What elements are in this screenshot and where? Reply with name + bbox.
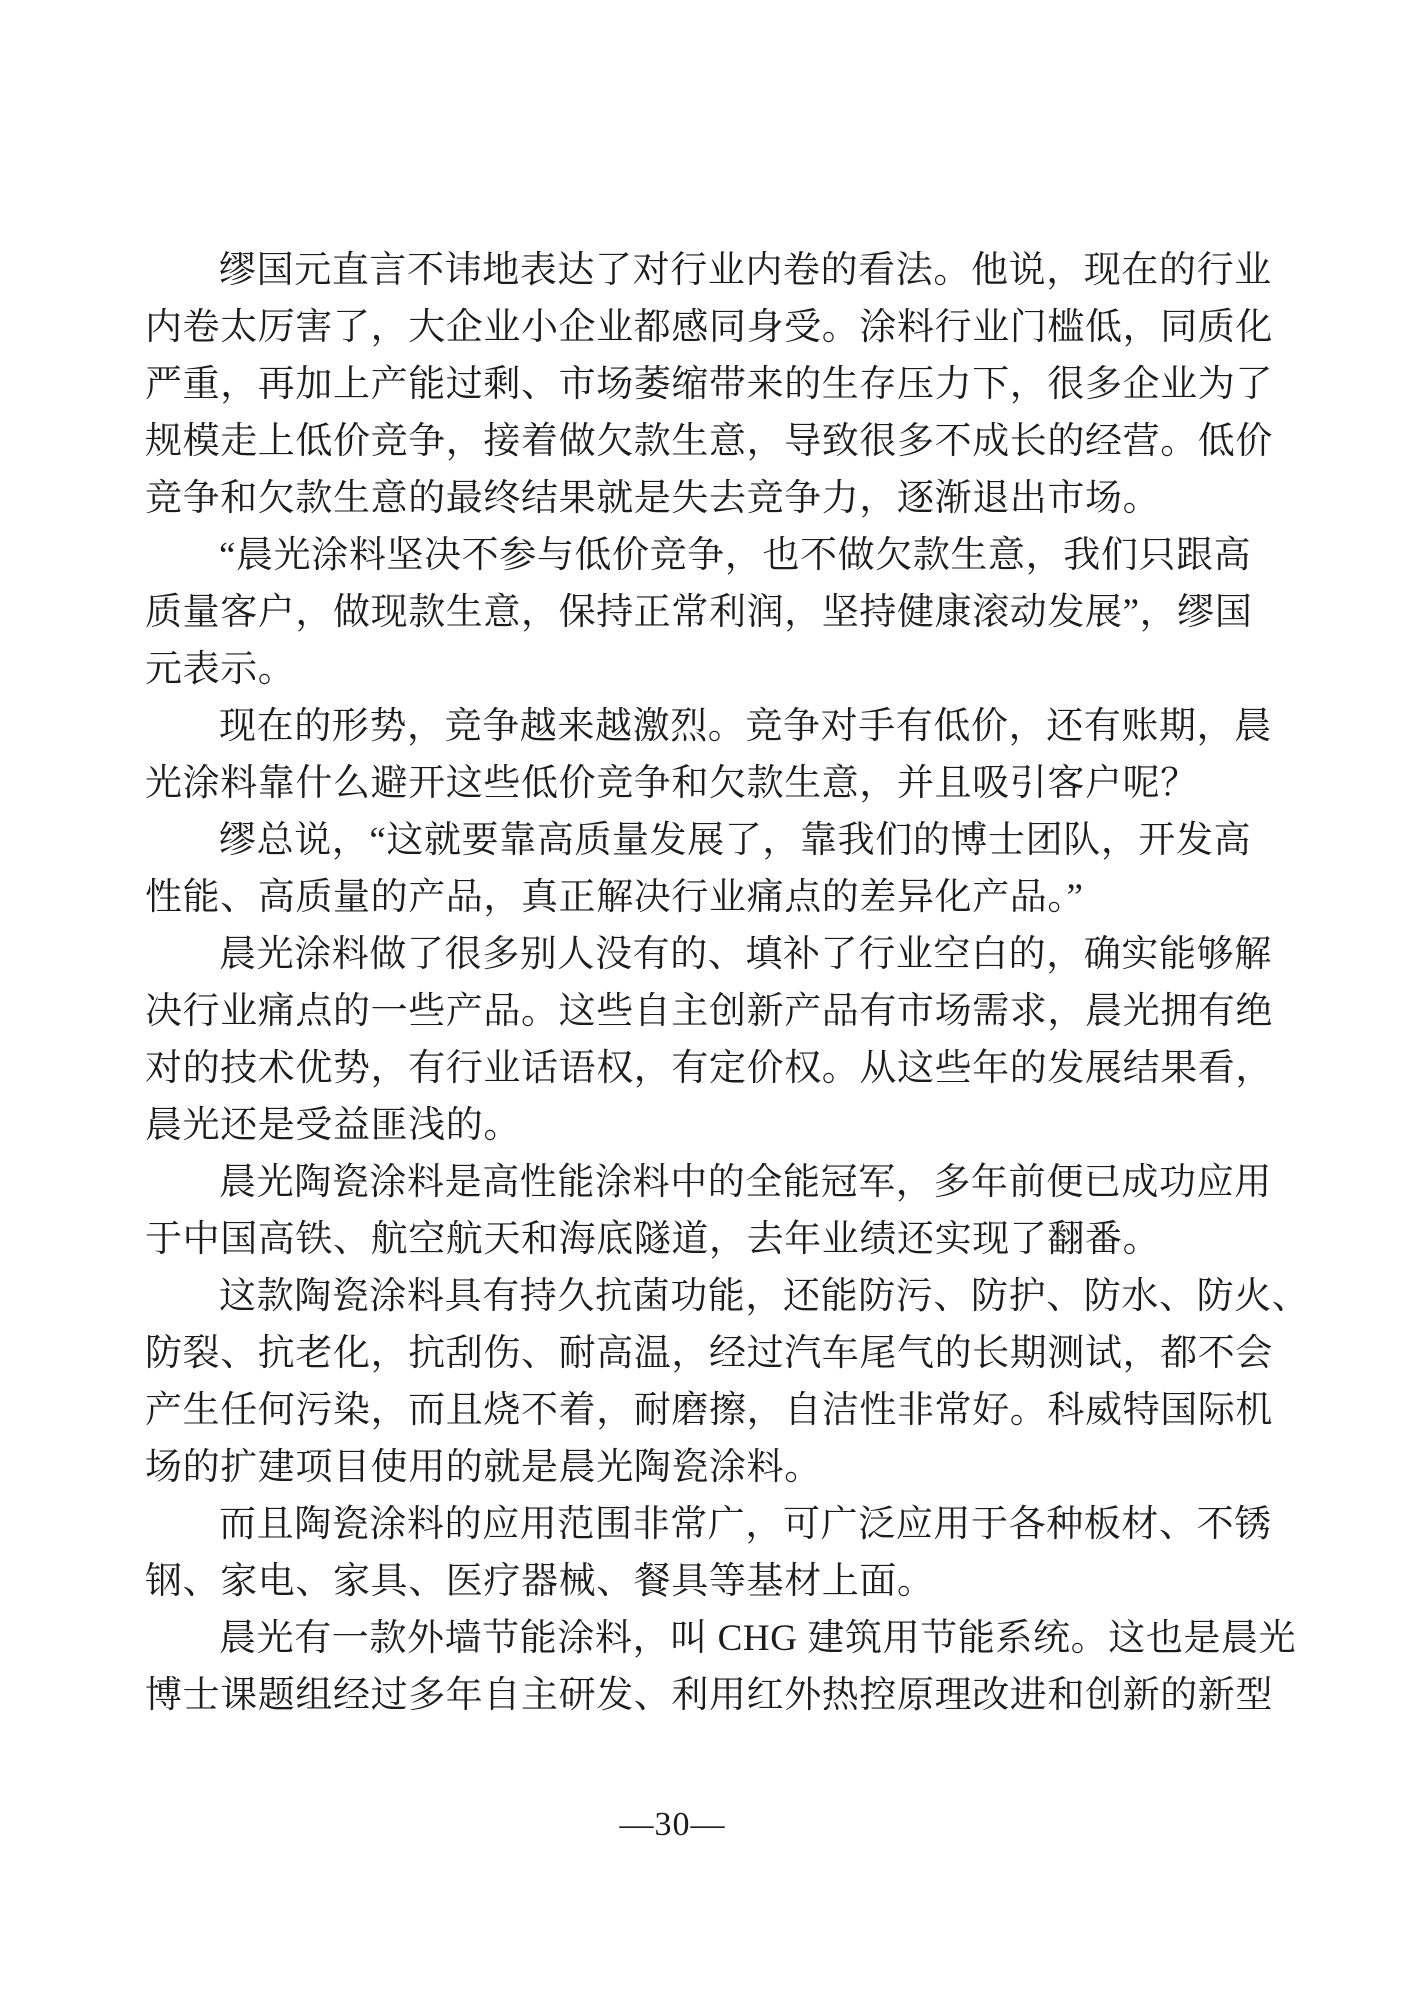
text-line: 竞争和欠款生意的最终结果就是失去竞争力，逐渐退出市场。 [145, 470, 1280, 527]
text-line: 规模走上低价竞争，接着做欠款生意，导致很多不成长的经营。低价 [145, 413, 1280, 470]
text-line: 缪国元直言不讳地表达了对行业内卷的看法。他说，现在的行业 [145, 242, 1280, 299]
text-line: 钢、家电、家具、医疗器械、餐具等基材上面。 [145, 1553, 1280, 1610]
text-line: “晨光涂料坚决不参与低价竞争，也不做欠款生意，我们只跟高 [145, 527, 1280, 584]
document-body: 缪国元直言不讳地表达了对行业内卷的看法。他说，现在的行业 内卷太厉害了，大企业小… [145, 242, 1280, 1724]
text-line: 现在的形势，竞争越来越激烈。竞争对手有低价，还有账期，晨 [145, 698, 1280, 755]
text-line: 博士课题组经过多年自主研发、利用红外热控原理改进和创新的新型 [145, 1667, 1280, 1724]
text-line: 缪总说，“这就要靠高质量发展了，靠我们的博士团队，开发高 [145, 812, 1280, 869]
text-line: 对的技术优势，有行业话语权，有定价权。从这些年的发展结果看， [145, 1040, 1280, 1097]
text-line: 晨光陶瓷涂料是高性能涂料中的全能冠军，多年前便已成功应用 [145, 1154, 1280, 1211]
text-line: 这款陶瓷涂料具有持久抗菌功能，还能防污、防护、防水、防火、 [145, 1268, 1280, 1325]
text-line: 严重，再加上产能过剩、市场萎缩带来的生存压力下，很多企业为了 [145, 356, 1280, 413]
text-line: 晨光有一款外墙节能涂料，叫 CHG 建筑用节能系统。这也是晨光 [145, 1610, 1280, 1667]
text-line: 于中国高铁、航空航天和海底隧道，去年业绩还实现了翻番。 [145, 1211, 1280, 1268]
text-line: 元表示。 [145, 641, 1280, 698]
text-line: 防裂、抗老化，抗刮伤、耐高温，经过汽车尾气的长期测试，都不会 [145, 1325, 1280, 1382]
text-line: 场的扩建项目使用的就是晨光陶瓷涂料。 [145, 1439, 1280, 1496]
text-line: 质量客户，做现款生意，保持正常利润，坚持健康滚动发展”，缪国 [145, 584, 1280, 641]
text-line: 晨光还是受益匪浅的。 [145, 1097, 1280, 1154]
text-line: 而且陶瓷涂料的应用范围非常广，可广泛应用于各种板材、不锈 [145, 1496, 1280, 1553]
text-line: 性能、高质量的产品，真正解决行业痛点的差异化产品。” [145, 869, 1280, 926]
text-line: 决行业痛点的一些产品。这些自主创新产品有市场需求，晨光拥有绝 [145, 983, 1280, 1040]
document-page: 缪国元直言不讳地表达了对行业内卷的看法。他说，现在的行业 内卷太厉害了，大企业小… [0, 0, 1415, 2000]
text-line: 产生任何污染，而且烧不着，耐磨擦，自洁性非常好。科威特国际机 [145, 1382, 1280, 1439]
page-number: —30— [0, 1806, 1345, 1844]
text-line: 晨光涂料做了很多别人没有的、填补了行业空白的，确实能够解 [145, 926, 1280, 983]
text-line: 光涂料靠什么避开这些低价竞争和欠款生意，并且吸引客户呢？ [145, 755, 1280, 812]
text-line: 内卷太厉害了，大企业小企业都感同身受。涂料行业门槛低，同质化 [145, 299, 1280, 356]
